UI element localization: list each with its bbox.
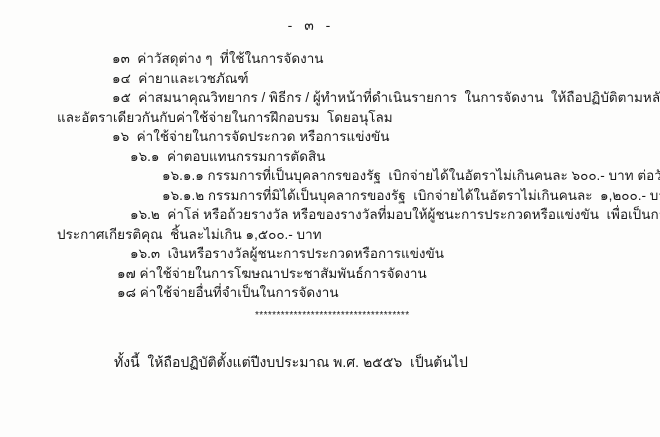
list-item-16-2-continued: ประกาศเกียรติคุณ ชิ้นละไม่เกิน ๑,๕๐๐.- บ… [57, 225, 660, 245]
list-item-13: ๑๓ ค่าวัสดุต่าง ๆ ที่ใช้ในการจัดงาน [112, 49, 660, 69]
list-item-15: ๑๕ ค่าสมนาคุณวิทยากร / พิธีกร / ผู้ทำหน้… [112, 88, 660, 108]
list-item-16-2: ๑๖.๒ ค่าโล่ หรือถ้วยรางวัล หรือของรางวัล… [130, 205, 660, 225]
asterisk-separator: ************************************ [255, 306, 660, 326]
scanned-document-page: - ๓ - ๑๓ ค่าวัสดุต่าง ๆ ที่ใช้ในการจัดงา… [0, 0, 660, 437]
list-item-16-1-2: ๑๖.๑.๒ กรรมการที่มิได้เป็นบุคลากรของรัฐ … [162, 186, 660, 206]
list-item-18: ๑๘ ค่าใช้จ่ายอื่นที่จำเป็นในการจัดงาน [117, 283, 660, 303]
list-item-16-3: ๑๖.๓ เงินหรือรางวัลผู้ชนะการประกวดหรือกา… [130, 244, 660, 264]
document-body: ๑๓ ค่าวัสดุต่าง ๆ ที่ใช้ในการจัดงาน ๑๔ ค… [57, 49, 660, 325]
list-item-17: ๑๗ ค่าใช้จ่ายในการโฆษณาประชาสัมพันธ์การจ… [117, 264, 660, 284]
list-item-14: ๑๔ ค่ายาและเวชภัณฑ์ [112, 69, 660, 89]
list-item-16: ๑๖ ค่าใช้จ่ายในการจัดประกวด หรือการแข่งข… [112, 127, 660, 147]
list-item-16-1: ๑๖.๑ ค่าตอบแทนกรรมการตัดสิน [130, 147, 660, 167]
list-item-16-1-1: ๑๖.๑.๑ กรรมการที่เป็นบุคลากรของรัฐ เบิกจ… [162, 166, 660, 186]
closing-statement: ทั้งนี้ ให้ถือปฏิบัติตั้งแต่ปีงบประมาณ พ… [114, 352, 468, 374]
list-item-15-continued: และอัตราเดียวกันกับค่าใช้จ่ายในการฝึกอบร… [57, 108, 660, 128]
page-number: - ๓ - [0, 15, 622, 37]
